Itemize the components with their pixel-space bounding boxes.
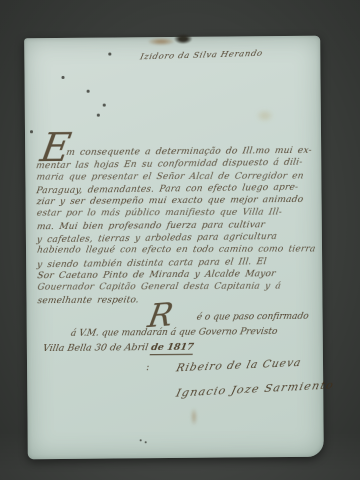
body-line: semelhante respeito. bbox=[37, 292, 321, 307]
manuscript-photo-background: Izidoro da Silva Herando E m consequente… bbox=[0, 0, 360, 480]
brown-smudge-stain bbox=[148, 38, 174, 45]
dateline-year-underlined: de 1817 bbox=[150, 342, 195, 355]
signature-2: Ignacio Joze Sarmiento bbox=[175, 378, 336, 399]
foxing-stain bbox=[257, 110, 273, 121]
paper-speck bbox=[97, 114, 100, 117]
dateline: Villa Bella 30 de Abril de 1817 bbox=[42, 342, 195, 354]
paper-speck bbox=[87, 90, 90, 93]
paper-speck bbox=[108, 53, 111, 56]
closing-line-1: é o que paso confirmado bbox=[196, 312, 310, 323]
paper-speck bbox=[103, 104, 106, 107]
archival-annotation: Izidoro da Silva Herando bbox=[139, 49, 264, 63]
rubric-initial: R bbox=[146, 298, 176, 332]
paper-speck bbox=[61, 76, 64, 79]
ink-blot-stain bbox=[174, 34, 192, 44]
closing-line-2: á V.M. que mandarán á que Governo Previs… bbox=[70, 327, 278, 339]
paper-speck bbox=[145, 441, 147, 443]
bottom-streak-stain bbox=[191, 409, 196, 425]
letter-paper: Izidoro da Silva Herando E m consequente… bbox=[24, 36, 324, 460]
signature-1: Ribeiro de la Cueva bbox=[175, 357, 303, 374]
dateline-place: Villa Bella 30 de Abril bbox=[42, 342, 152, 354]
letter-body: m consequente a determinação do Ill.mo m… bbox=[36, 145, 319, 307]
ink-colon-mark: : bbox=[146, 362, 149, 373]
paper-speck bbox=[30, 130, 33, 133]
paper-speck bbox=[140, 439, 142, 441]
